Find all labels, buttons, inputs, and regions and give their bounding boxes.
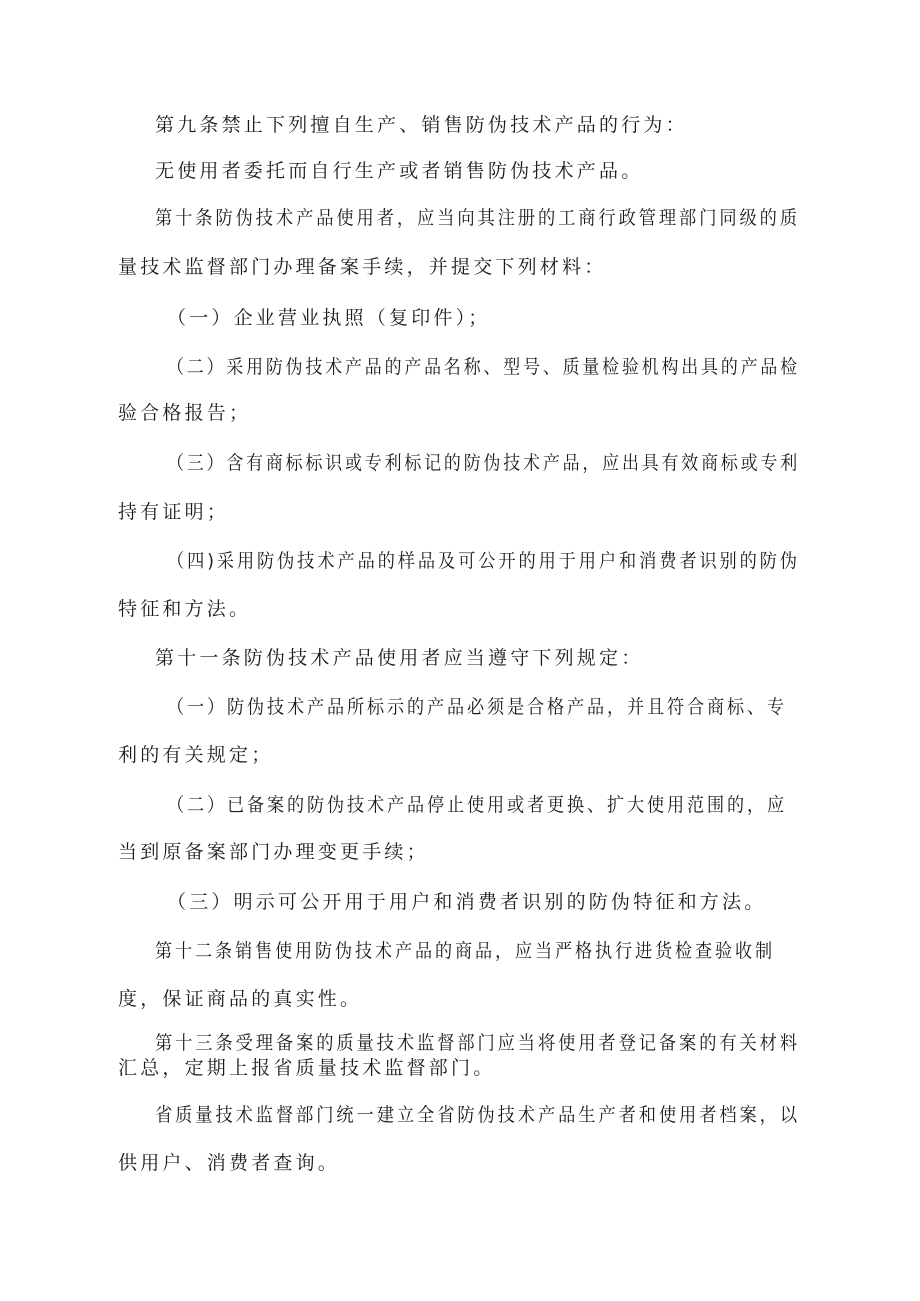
text-line-article-13-text-cont: 汇总，定期上报省质量技术监督部门。 (118, 1057, 495, 1079)
text-line-article-11-item-3: （三）明示可公开用于用户和消费者识别的防伪特征和方法。 (167, 891, 766, 913)
text-line-article-10-heading: 第十条防伪技术产品使用者，应当向其注册的工商行政管理部门同级的质 (155, 207, 800, 229)
text-line-article-11-item-1: （一）防伪技术产品所标示的产品必须是合格产品，并且符合商标、专 (167, 696, 787, 718)
text-line-article-13-text: 第十三条受理备案的质量技术监督部门应当将使用者登记备案的有关材料 (155, 1032, 800, 1054)
text-line-article-12-text: 第十二条销售使用防伪技术产品的商品，应当严格执行进货检查验收制 (155, 940, 775, 962)
text-line-article-10-item-2-cont: 验合格报告； (118, 402, 251, 424)
text-line-article-10-item-4: （四)采用防伪技术产品的样品及可公开的用于用户和消费者识别的防伪 (167, 550, 800, 572)
text-line-article-10-item-2: （二）采用防伪技术产品的产品名称、型号、质量检验机构出具的产品检 (167, 356, 800, 378)
text-line-article-11-heading: 第十一条防伪技术产品使用者应当遵守下列规定： (155, 647, 643, 669)
text-line-article-10-item-3-cont: 持有证明； (118, 501, 229, 523)
text-line-article-11-item-1-cont: 利的有关规定； (118, 744, 273, 766)
text-line-article-10-item-3: （三）含有商标标识或专利标记的防伪技术产品，应出具有效商标或专利 (167, 452, 800, 474)
text-line-article-9-item: 无使用者委托而自行生产或者销售防伪技术产品。 (155, 160, 643, 182)
text-line-article-11-item-2: （二）已备案的防伪技术产品停止使用或者更换、扩大使用范围的，应 (167, 794, 787, 816)
text-line-article-10-item-4-cont: 特征和方法。 (118, 598, 251, 620)
document-page: 第九条禁止下列擅自生产、销售防伪技术产品的行为：无使用者委托而自行生产或者销售防… (0, 0, 920, 1301)
text-line-article-10-heading-cont: 量技术监督部门办理备案手续，并提交下列材料： (118, 256, 606, 278)
text-line-archive-paragraph: 省质量技术监督部门统一建立全省防伪技术产品生产者和使用者档案，以 (155, 1104, 800, 1126)
text-line-archive-paragraph-cont: 供用户、消费者查询。 (118, 1152, 340, 1174)
text-line-article-12-text-cont: 度，保证商品的真实性。 (118, 988, 362, 1010)
text-line-article-10-item-1: （一）企业营业执照（复印件）； (167, 307, 491, 329)
text-line-article-9-heading: 第九条禁止下列擅自生产、销售防伪技术产品的行为： (155, 114, 688, 136)
text-line-article-11-item-2-cont: 当到原备案部门办理变更手续； (118, 841, 429, 863)
